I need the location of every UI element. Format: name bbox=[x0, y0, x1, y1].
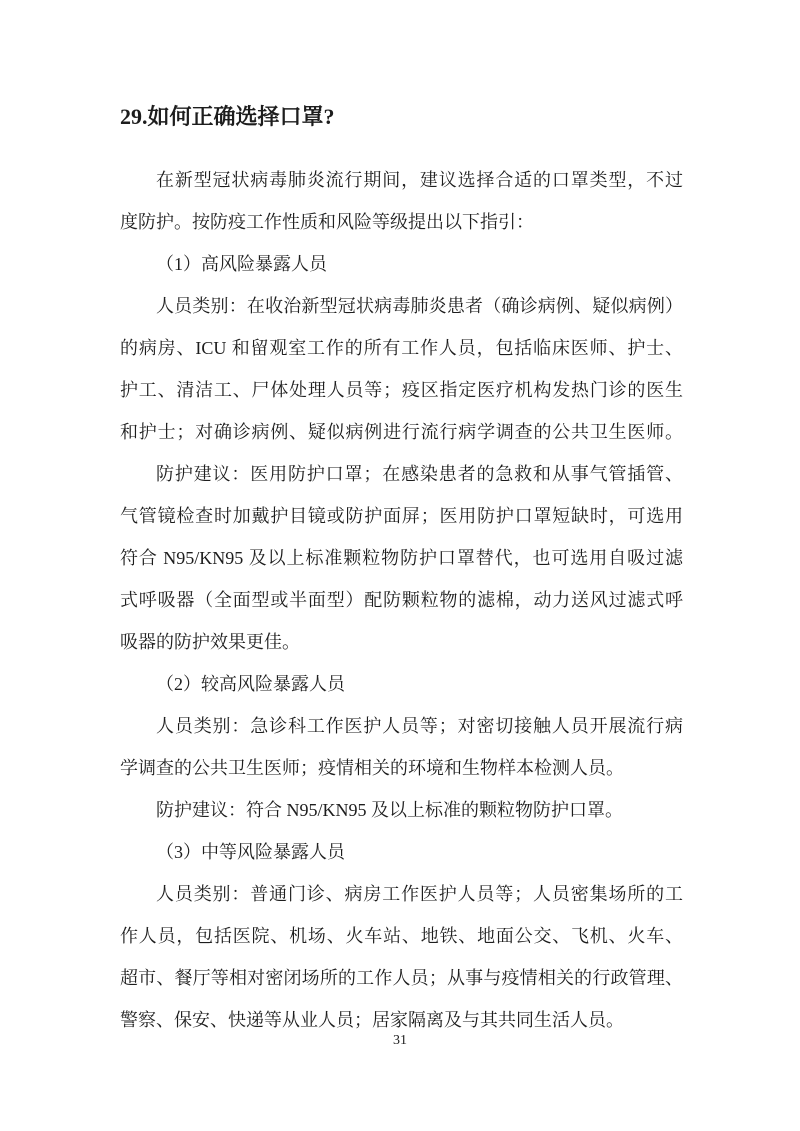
text-line: 学调查的公共卫生医师；疫情相关的环境和生物样本检测人员。 bbox=[120, 747, 683, 789]
text-line: 的病房、ICU 和留观室工作的所有工作人员，包括临床医师、护士、 bbox=[120, 327, 683, 369]
item-heading: （2）较高风险暴露人员 bbox=[120, 663, 683, 705]
text-line: （1）高风险暴露人员 bbox=[120, 243, 683, 285]
page-number: 31 bbox=[0, 1031, 800, 1051]
body-paragraph: 人员类别：在收治新型冠状病毒肺炎患者（确诊病例、疑似病例） 的病房、ICU 和留… bbox=[120, 285, 683, 453]
body-paragraph: 人员类别：急诊科工作医护人员等；对密切接触人员开展流行病 学调查的公共卫生医师；… bbox=[120, 705, 683, 789]
text-line: 防护建议：符合 N95/KN95 及以上标准的颗粒物防护口罩。 bbox=[120, 789, 683, 831]
text-line: 在新型冠状病毒肺炎流行期间，建议选择合适的口罩类型，不过 bbox=[120, 159, 683, 201]
body-paragraph: 防护建议：符合 N95/KN95 及以上标准的颗粒物防护口罩。 bbox=[120, 789, 683, 831]
text-line: 护工、清洁工、尸体处理人员等；疫区指定医疗机构发热门诊的医生 bbox=[120, 369, 683, 411]
text-line: 度防护。按防疫工作性质和风险等级提出以下指引： bbox=[120, 201, 683, 243]
text-line: 人员类别：急诊科工作医护人员等；对密切接触人员开展流行病 bbox=[120, 705, 683, 747]
text-line: 超市、餐厅等相对密闭场所的工作人员；从事与疫情相关的行政管理、 bbox=[120, 957, 683, 999]
body-paragraph: 防护建议：医用防护口罩；在感染患者的急救和从事气管插管、 气管镜检查时加戴护目镜… bbox=[120, 453, 683, 663]
text-line: 人员类别：普通门诊、病房工作医护人员等；人员密集场所的工 bbox=[120, 873, 683, 915]
text-line: 和护士；对确诊病例、疑似病例进行流行病学调查的公共卫生医师。 bbox=[120, 411, 683, 453]
item-heading: （3）中等风险暴露人员 bbox=[120, 831, 683, 873]
item-heading: （1）高风险暴露人员 bbox=[120, 243, 683, 285]
text-line: 符合 N95/KN95 及以上标准颗粒物防护口罩替代，也可选用自吸过滤 bbox=[120, 537, 683, 579]
text-line: （2）较高风险暴露人员 bbox=[120, 663, 683, 705]
text-line: 防护建议：医用防护口罩；在感染患者的急救和从事气管插管、 bbox=[120, 453, 683, 495]
document-content: 29.如何正确选择口罩? 在新型冠状病毒肺炎流行期间，建议选择合适的口罩类型，不… bbox=[120, 95, 683, 1041]
text-line: 气管镜检查时加戴护目镜或防护面屏；医用防护口罩短缺时，可选用 bbox=[120, 495, 683, 537]
document-page: 29.如何正确选择口罩? 在新型冠状病毒肺炎流行期间，建议选择合适的口罩类型，不… bbox=[0, 0, 800, 1131]
text-line: （3）中等风险暴露人员 bbox=[120, 831, 683, 873]
text-line: 作人员，包括医院、机场、火车站、地铁、地面公交、飞机、火车、 bbox=[120, 915, 683, 957]
text-line: 式呼吸器（全面型或半面型）配防颗粒物的滤棉，动力送风过滤式呼 bbox=[120, 579, 683, 621]
section-title: 29.如何正确选择口罩? bbox=[120, 95, 683, 138]
text-line: 吸器的防护效果更佳。 bbox=[120, 621, 683, 663]
body-paragraph: 在新型冠状病毒肺炎流行期间，建议选择合适的口罩类型，不过 度防护。按防疫工作性质… bbox=[120, 159, 683, 243]
body-paragraph: 人员类别：普通门诊、病房工作医护人员等；人员密集场所的工 作人员，包括医院、机场… bbox=[120, 873, 683, 1041]
text-line: 人员类别：在收治新型冠状病毒肺炎患者（确诊病例、疑似病例） bbox=[120, 285, 683, 327]
